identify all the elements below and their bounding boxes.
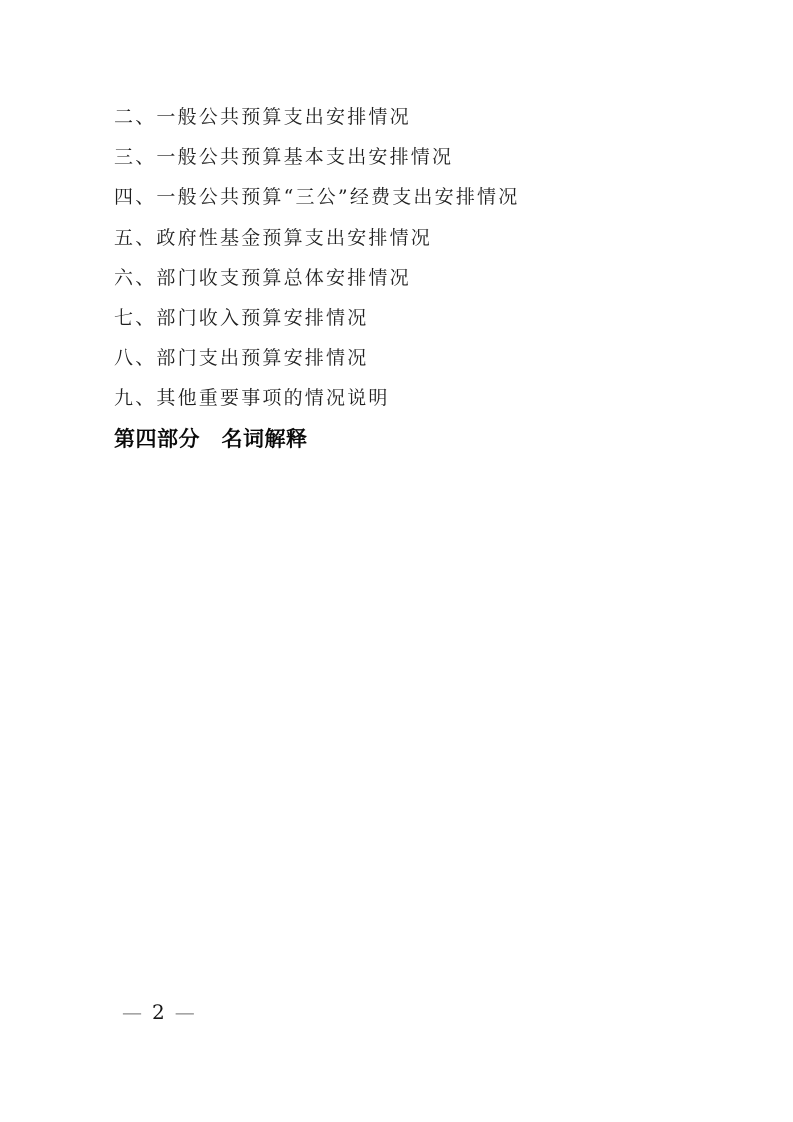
page-number-left-dash: —: [122, 1000, 142, 1024]
toc-list: 二、一般公共预算支出安排情况 三、一般公共预算基本支出安排情况 四、一般公共预算…: [114, 97, 519, 459]
toc-item: 三、一般公共预算基本支出安排情况: [114, 137, 519, 177]
page-number-right-dash: —: [175, 1000, 195, 1024]
section-heading: 第四部分 名词解释: [114, 419, 519, 459]
toc-item: 六、部门收支预算总体安排情况: [114, 258, 519, 298]
toc-item: 八、部门支出预算安排情况: [114, 338, 519, 378]
toc-item: 五、政府性基金预算支出安排情况: [114, 218, 519, 258]
toc-item: 九、其他重要事项的情况说明: [114, 378, 519, 418]
page-number: —2—: [122, 998, 195, 1026]
document-page: 二、一般公共预算支出安排情况 三、一般公共预算基本支出安排情况 四、一般公共预算…: [0, 0, 793, 1122]
toc-item: 四、一般公共预算“三公”经费支出安排情况: [114, 177, 519, 217]
toc-item: 七、部门收入预算安排情况: [114, 298, 519, 338]
page-number-value: 2: [152, 1000, 165, 1024]
toc-item: 二、一般公共预算支出安排情况: [114, 97, 519, 137]
